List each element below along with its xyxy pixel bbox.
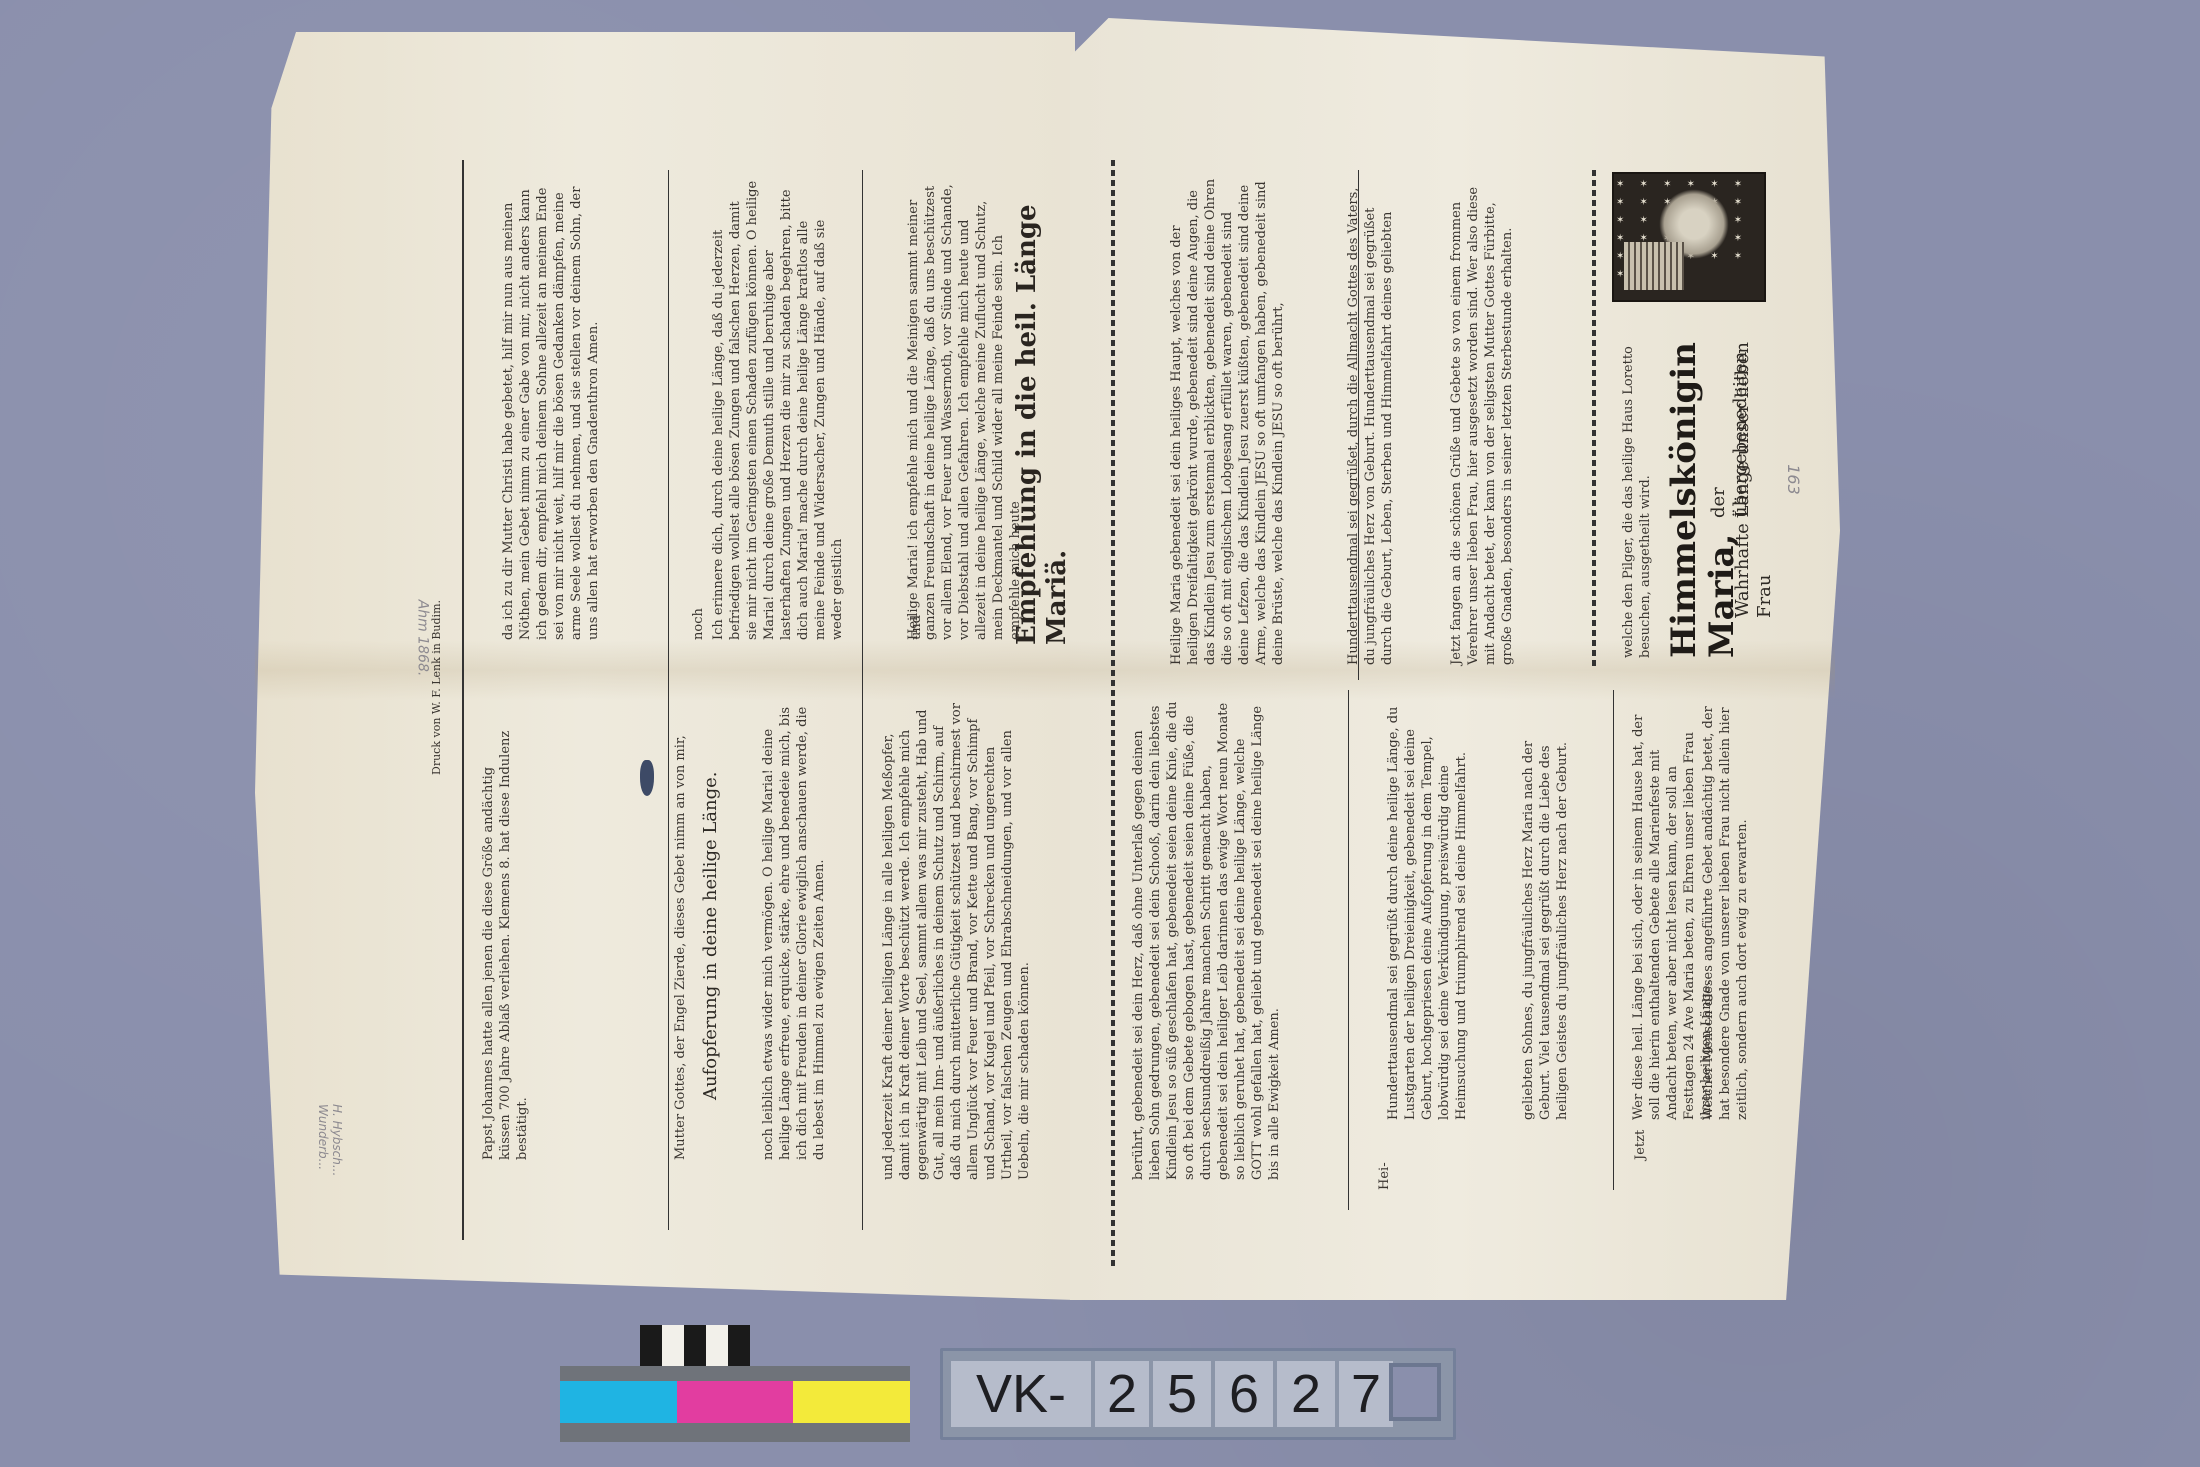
printer-imprint: Druck von W. F. Lenk in Budim. — [428, 575, 445, 775]
grayscale-scale-bar — [640, 1325, 750, 1367]
prayer-paragraph-3: geliebten Sohnes, du jungfräuliches Herz… — [1520, 700, 1600, 1120]
ink-stain — [640, 760, 654, 796]
label-prefix: VK- — [951, 1361, 1091, 1427]
catalog-number-label: VK- 2 5 6 2 7 — [940, 1348, 1456, 1440]
catchword: Jetzt — [1632, 1120, 1649, 1160]
prayer-paragraph-5: berührt, gebenedeit sei dein Herz, daß o… — [1130, 700, 1330, 1180]
holy-house-icon — [1624, 242, 1684, 290]
label-digit: 2 — [1277, 1361, 1335, 1427]
magenta-swatch — [677, 1381, 794, 1423]
label-empty-slot — [1389, 1363, 1441, 1421]
pencil-date-note: Ahm 1868. — [414, 600, 430, 677]
horizontal-fold-crease — [255, 640, 1835, 700]
empfehlung-text-2: Ich erinnere dich, durch deine heilige L… — [710, 180, 850, 640]
aufopferung-text: Mutter Gottes, der Engel Zierde, dieses … — [672, 720, 689, 1160]
catchword: Hei- — [1376, 1150, 1393, 1190]
yellow-swatch — [793, 1381, 910, 1423]
column-rule — [462, 160, 464, 1240]
pencil-margin-note: H. Hybsch... Wunderb... — [316, 1104, 344, 1224]
ornamental-divider — [1592, 170, 1596, 670]
color-calibration-card — [560, 1366, 910, 1442]
column-rule — [862, 170, 863, 1230]
pencil-number: 163 — [1784, 464, 1803, 495]
note-paragraph-1: Welcher Mensch dieses angeführte Gebet a… — [1700, 700, 1800, 1120]
empfehlung-text-4: und jederzeit Kraft deiner heiligen Läng… — [880, 700, 1100, 1180]
note-paragraph-2: Wer diese heil. Länge bei sich, oder in … — [1630, 700, 1702, 1120]
empfehlung-text-5: noch leiblich etwas wider mich vermögen.… — [760, 700, 850, 1160]
section-heading-aufopferung: Aufopferung in deine heilige Länge. — [700, 770, 722, 1100]
closing-prayer-text: da ich zu dir Mutter Christi habe gebete… — [500, 180, 650, 640]
document-title: Himmelskönigin Maria, — [1665, 318, 1741, 658]
column-rule — [668, 170, 669, 1230]
prayer-paragraph-4: Hunderttausendmal sei gegrüßt durch dein… — [1385, 700, 1495, 1120]
prayer-paragraph-1: Hunderttausendmal sei gegrüßet, durch di… — [1345, 175, 1445, 665]
column-rule — [1613, 690, 1614, 1190]
label-digit: 7 — [1339, 1361, 1393, 1427]
catchword: und — [908, 600, 925, 640]
cyan-swatch — [560, 1381, 677, 1423]
label-digit: 2 — [1095, 1361, 1149, 1427]
madonna-woodcut-image: ✶ ✶ ✶ ✶ ✶ ✶ ✶ ✶ ✶ ✶ ✶ ✶ ✶ ✶ ✶ ✶ ✶ ✶ ✶ ✶ … — [1612, 172, 1766, 302]
indulgence-note: Papst Johannes hatte allen jenen die die… — [480, 720, 524, 1160]
catchword: noch — [690, 600, 707, 640]
column-rule — [1348, 690, 1349, 1210]
column-rule — [1358, 170, 1359, 680]
label-digit: 5 — [1153, 1361, 1211, 1427]
center-ornamental-divider — [1111, 160, 1115, 1270]
intro-paragraph: Jetzt fangen an die schönen Grüße und Ge… — [1448, 175, 1586, 665]
empfehlung-text-1: Heilige Maria! ich empfehle mich und die… — [905, 180, 1005, 640]
prayer-paragraph-2: Heilige Maria gebenedeit sei dein heilig… — [1168, 175, 1298, 665]
header-subtitle: welche den Pilger, die das heilige Haus … — [1620, 318, 1656, 658]
label-digit: 6 — [1215, 1361, 1273, 1427]
